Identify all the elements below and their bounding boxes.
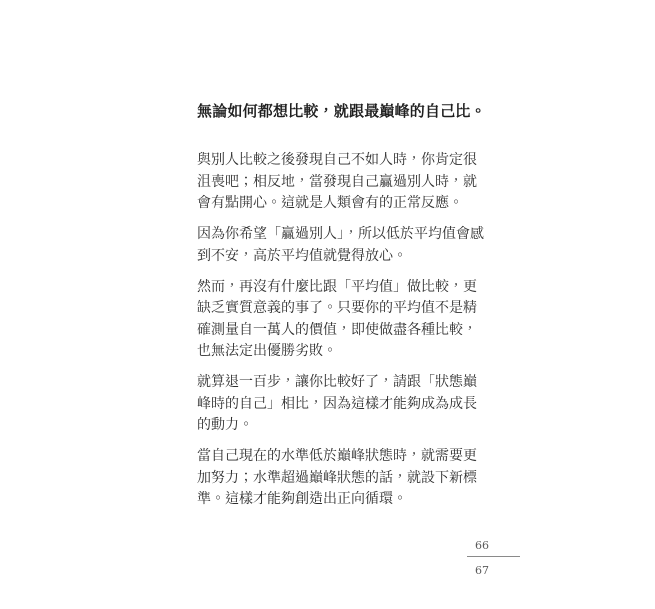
text-line: 的動力。 bbox=[197, 415, 483, 437]
paragraph-2: 因為你希望「贏過別人」，所以低於平均值會感 到不安，高於平均值就覺得放心。 bbox=[197, 224, 483, 267]
page-content: 無論如何都想比較，就跟最巔峰的自己比。 與別人比較之後發現自己不如人時，你肯定很… bbox=[197, 101, 483, 520]
text-line: 因為你希望「贏過別人」，所以低於平均值會感 bbox=[197, 224, 483, 246]
text-line: 缺乏實質意義的事了。只要你的平均值不是精 bbox=[197, 298, 483, 320]
page-number-lower: 67 bbox=[467, 564, 497, 577]
page-number-block: 66 67 bbox=[467, 538, 520, 578]
text-line: 也無法定出優勝劣敗。 bbox=[197, 341, 483, 363]
text-line: 當自己現在的水準低於巔峰狀態時，就需要更 bbox=[197, 446, 483, 468]
page-number-upper: 66 bbox=[467, 539, 497, 552]
text-line: 到不安，高於平均值就覺得放心。 bbox=[197, 246, 483, 268]
text-line: 會有點開心。這就是人類會有的正常反應。 bbox=[197, 193, 483, 215]
paragraph-1: 與別人比較之後發現自己不如人時，你肯定很 沮喪吧；相反地，當發現自己贏過別人時，… bbox=[197, 150, 483, 215]
section-heading: 無論如何都想比較，就跟最巔峰的自己比。 bbox=[197, 101, 483, 121]
text-line: 然而，再沒有什麼比跟「平均值」做比較，更 bbox=[197, 277, 483, 299]
text-line: 加努力；水準超過巔峰狀態的話，就設下新標 bbox=[197, 468, 483, 490]
paragraph-3: 然而，再沒有什麼比跟「平均值」做比較，更 缺乏實質意義的事了。只要你的平均值不是… bbox=[197, 277, 483, 363]
paragraph-5: 當自己現在的水準低於巔峰狀態時，就需要更 加努力；水準超過巔峰狀態的話，就設下新… bbox=[197, 446, 483, 511]
page-number-divider bbox=[467, 556, 520, 557]
text-line: 與別人比較之後發現自己不如人時，你肯定很 bbox=[197, 150, 483, 172]
text-line: 確測量自一萬人的價值，即使做盡各種比較， bbox=[197, 320, 483, 342]
paragraph-4: 就算退一百步，讓你比較好了，請跟「狀態巔 峰時的自己」相比，因為這樣才能夠成為成… bbox=[197, 372, 483, 437]
book-page: 無論如何都想比較，就跟最巔峰的自己比。 與別人比較之後發現自己不如人時，你肯定很… bbox=[0, 0, 655, 609]
text-line: 沮喪吧；相反地，當發現自己贏過別人時，就 bbox=[197, 172, 483, 194]
text-line: 就算退一百步，讓你比較好了，請跟「狀態巔 bbox=[197, 372, 483, 394]
text-line: 峰時的自己」相比，因為這樣才能夠成為成長 bbox=[197, 394, 483, 416]
text-line: 準。這樣才能夠創造出正向循環。 bbox=[197, 489, 483, 511]
